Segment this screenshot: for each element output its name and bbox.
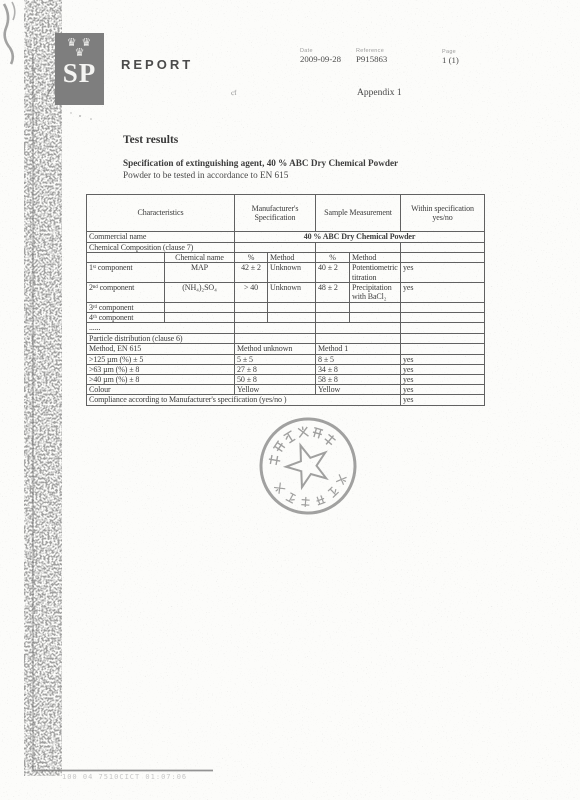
report-title: REPORT [121, 57, 193, 72]
empty-cell [235, 323, 316, 334]
stamp-star-icon [281, 438, 334, 490]
corner-scratch-mark [4, 4, 13, 64]
stray-scan-mark: cf [231, 89, 237, 98]
col-header-manufacturer-spec: Manufacturer's Specification [235, 195, 316, 232]
dots-row: ...... [87, 323, 235, 334]
empty-cell [235, 334, 316, 344]
section-title: Test results [123, 134, 178, 146]
empty-cell [316, 243, 401, 253]
particle-125-mspec: 5 ± 5 [235, 354, 316, 364]
empty-cell [316, 334, 401, 344]
stray-dot [79, 115, 81, 117]
particle-63-within: yes [401, 364, 485, 374]
component1-mspec-method: Unknown [268, 263, 316, 282]
particle-40-sample: 58 ± 8 [316, 374, 401, 384]
specification-line-2: Powder to be tested in accordance to EN … [123, 170, 288, 180]
particle-distribution-section: Particle distribution (clause 6) [87, 334, 235, 344]
empty-cell [268, 302, 316, 312]
commercial-name-label: Commercial name [87, 232, 235, 243]
component2-mspec-method: Unknown [268, 282, 316, 302]
stamp-rotated-group [248, 406, 368, 526]
col-header-characteristics: Characteristics [87, 195, 235, 232]
company-seal-stamp [246, 404, 370, 528]
empty-cell [316, 312, 350, 322]
component2-chemical: (NH₄)₂SO₄ [165, 282, 235, 302]
page-field: Page 1 (1) [442, 49, 459, 65]
manufacturer-line2: Specification [237, 213, 313, 222]
colour-within: yes [401, 385, 485, 395]
method-row-sample: Method 1 [316, 344, 401, 354]
empty-cell [350, 302, 401, 312]
empty-cell [165, 312, 235, 322]
particle-125-label: >125 µm (%) ± 5 [87, 354, 235, 364]
empty-cell [401, 302, 485, 312]
appendix-label: Appendix 1 [357, 88, 402, 98]
empty-cell [401, 323, 485, 334]
results-table-container: Characteristics Manufacturer's Specifica… [86, 194, 485, 406]
compliance-within: yes [401, 395, 485, 406]
stamp-arc-bottom-glyphs [272, 460, 352, 517]
chemical-composition-section: Chemical Composition (clause 7) [87, 243, 235, 253]
corner-scratch-mark-2 [12, 2, 15, 20]
col-header-sample-measurement: Sample Measurement [316, 195, 401, 232]
empty-cell [401, 312, 485, 322]
stamp-circle [248, 406, 368, 526]
commercial-name-value: 40 % ABC Dry Chemical Powder [235, 232, 485, 243]
empty-cell [401, 243, 485, 253]
particle-63-mspec: 27 ± 8 [235, 364, 316, 374]
component1-within: yes [401, 263, 485, 282]
particle-40-mspec: 50 ± 8 [235, 374, 316, 384]
component1-sample-pct: 40 ± 2 [316, 263, 350, 282]
component1-chemical: MAP [165, 263, 235, 282]
particle-63-label: >63 µm (%) ± 8 [87, 364, 235, 374]
component2-sample-method: Precipitation with BaCl₂ [350, 282, 401, 302]
particle-125-sample: 8 ± 5 [316, 354, 401, 364]
component3-name: 3ʳᵈ component [87, 302, 165, 312]
colour-label: Colour [87, 385, 235, 395]
crown-icon: ♛ [55, 49, 104, 58]
empty-cell [87, 253, 165, 263]
particle-40-label: >40 µm (%) ± 8 [87, 374, 235, 384]
component1-mspec-pct: 42 ± 2 [235, 263, 268, 282]
reference-field: Reference P915863 [356, 48, 387, 64]
empty-cell [316, 302, 350, 312]
method-row-label: Method, EN 615 [87, 344, 235, 354]
colour-sample: Yellow [316, 385, 401, 395]
particle-63-sample: 34 ± 8 [316, 364, 401, 374]
date-field: Date 2009-09-28 [300, 48, 341, 64]
component2-name: 2ⁿᵈ component [87, 282, 165, 302]
subheader-method-mspec: Method [268, 253, 316, 263]
component4-name: 4ᵗʰ component [87, 312, 165, 322]
left-edge-noise-strip [24, 0, 62, 776]
empty-cell [350, 312, 401, 322]
page-value: 1 (1) [442, 55, 459, 65]
empty-cell [235, 243, 316, 253]
specification-line-1: Specification of extinguishing agent, 40… [123, 158, 398, 168]
empty-cell [268, 312, 316, 322]
scanned-report-page: ♛ ♛ ♛ SP REPORT Date 2009-09-28 Referenc… [0, 0, 580, 800]
col-header-within-specification: Within specification yes/no [401, 195, 485, 232]
component2-within: yes [401, 282, 485, 302]
sp-logo: ♛ ♛ ♛ SP [55, 33, 104, 105]
component2-sample-pct: 48 ± 2 [316, 282, 350, 302]
empty-cell [235, 302, 268, 312]
empty-cell [401, 344, 485, 354]
method-row-mspec: Method unknown [235, 344, 316, 354]
within-line1: Within specification [403, 204, 482, 213]
manufacturer-line1: Manufacturer's [237, 204, 313, 213]
component1-name: 1ˢᵗ component [87, 263, 165, 282]
date-value: 2009-09-28 [300, 54, 341, 64]
subheader-method-sample: Method [350, 253, 401, 263]
results-table: Characteristics Manufacturer's Specifica… [86, 194, 485, 406]
subheader-percent-mspec: % [235, 253, 268, 263]
empty-cell [316, 323, 401, 334]
colour-mspec: Yellow [235, 385, 316, 395]
empty-cell [401, 334, 485, 344]
subheader-chemical-name: Chemical name [165, 253, 235, 263]
empty-cell [165, 302, 235, 312]
stray-dot [70, 112, 71, 113]
subheader-percent-sample: % [316, 253, 350, 263]
fax-footer-text: 100 04 7510CICT 01:07:06 [62, 773, 187, 781]
component1-sample-method: Potentiometric titration [350, 263, 401, 282]
particle-125-within: yes [401, 354, 485, 364]
stray-dot [90, 118, 92, 120]
empty-cell [401, 253, 485, 263]
particle-40-within: yes [401, 374, 485, 384]
empty-cell [235, 312, 268, 322]
component2-mspec-pct: > 40 [235, 282, 268, 302]
reference-value: P915863 [356, 54, 387, 64]
logo-letters: SP [55, 58, 104, 88]
within-line2: yes/no [403, 213, 482, 222]
